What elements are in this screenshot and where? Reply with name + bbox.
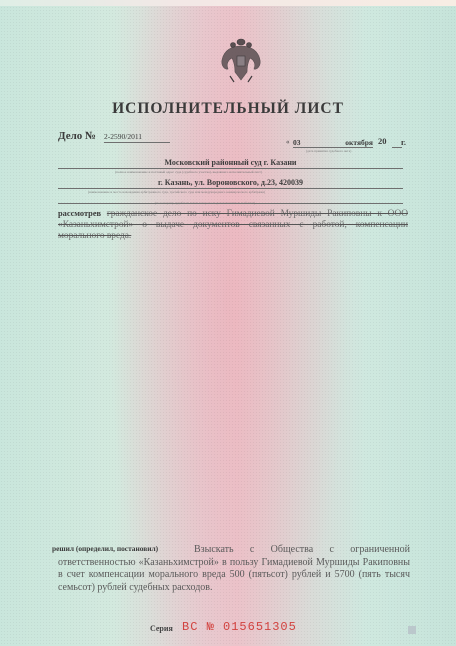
court-act-caption: (по которому судебным актом которого выд… xyxy=(155,201,255,205)
case-number-field: 2-2590/2011 xyxy=(104,132,170,143)
russian-coat-of-arms-icon xyxy=(218,36,264,84)
document-title: ИСПОЛНИТЕЛЬНЫЙ ЛИСТ xyxy=(0,100,456,118)
court-address-field: г. Казань, ул. Вороновского, д.23, 42003… xyxy=(58,178,403,189)
date-day: 03 xyxy=(293,138,301,147)
series-digits: 015651305 xyxy=(223,620,297,634)
series-number: ВС № 015651305 xyxy=(182,620,297,634)
considered-text: гражданское дело по иску Гимадиевой Мурш… xyxy=(58,209,408,241)
court-address: г. Казань, ул. Вороновского, д.23, 42003… xyxy=(158,178,303,187)
date-quote: « xyxy=(286,138,290,146)
date-day-field: 03 xyxy=(293,138,323,148)
court-name: Московский районный суд г. Казани xyxy=(164,158,296,167)
series-label: Серия xyxy=(150,624,173,633)
court-name-field: Московский районный суд г. Казани xyxy=(58,158,403,169)
considered-label: рассмотрев xyxy=(58,209,101,218)
series-code: ВС xyxy=(182,620,198,634)
decision-text: Взыскать с Общества с ограниченной ответ… xyxy=(58,544,410,594)
court-address-caption: (наименование и место нахождения арбитра… xyxy=(88,190,265,194)
date-month: октября xyxy=(345,138,373,147)
scan-top-edge xyxy=(0,0,456,6)
date-caption: (дата принятия судебного акта) xyxy=(306,149,351,153)
case-number-value: 2-2590/2011 xyxy=(104,132,142,141)
date-month-field: октября xyxy=(323,138,373,148)
case-number-label: Дело № xyxy=(58,130,96,142)
scan-mark xyxy=(408,626,416,634)
number-sign: № xyxy=(207,620,215,634)
considered-paragraph: рассмотрев гражданское дело по иску Гима… xyxy=(58,208,408,242)
date-year-prefix: 20 xyxy=(378,136,387,146)
date-year-label: г. xyxy=(401,137,406,147)
court-name-caption: (полное наименование и почтовый адрес су… xyxy=(115,170,262,174)
